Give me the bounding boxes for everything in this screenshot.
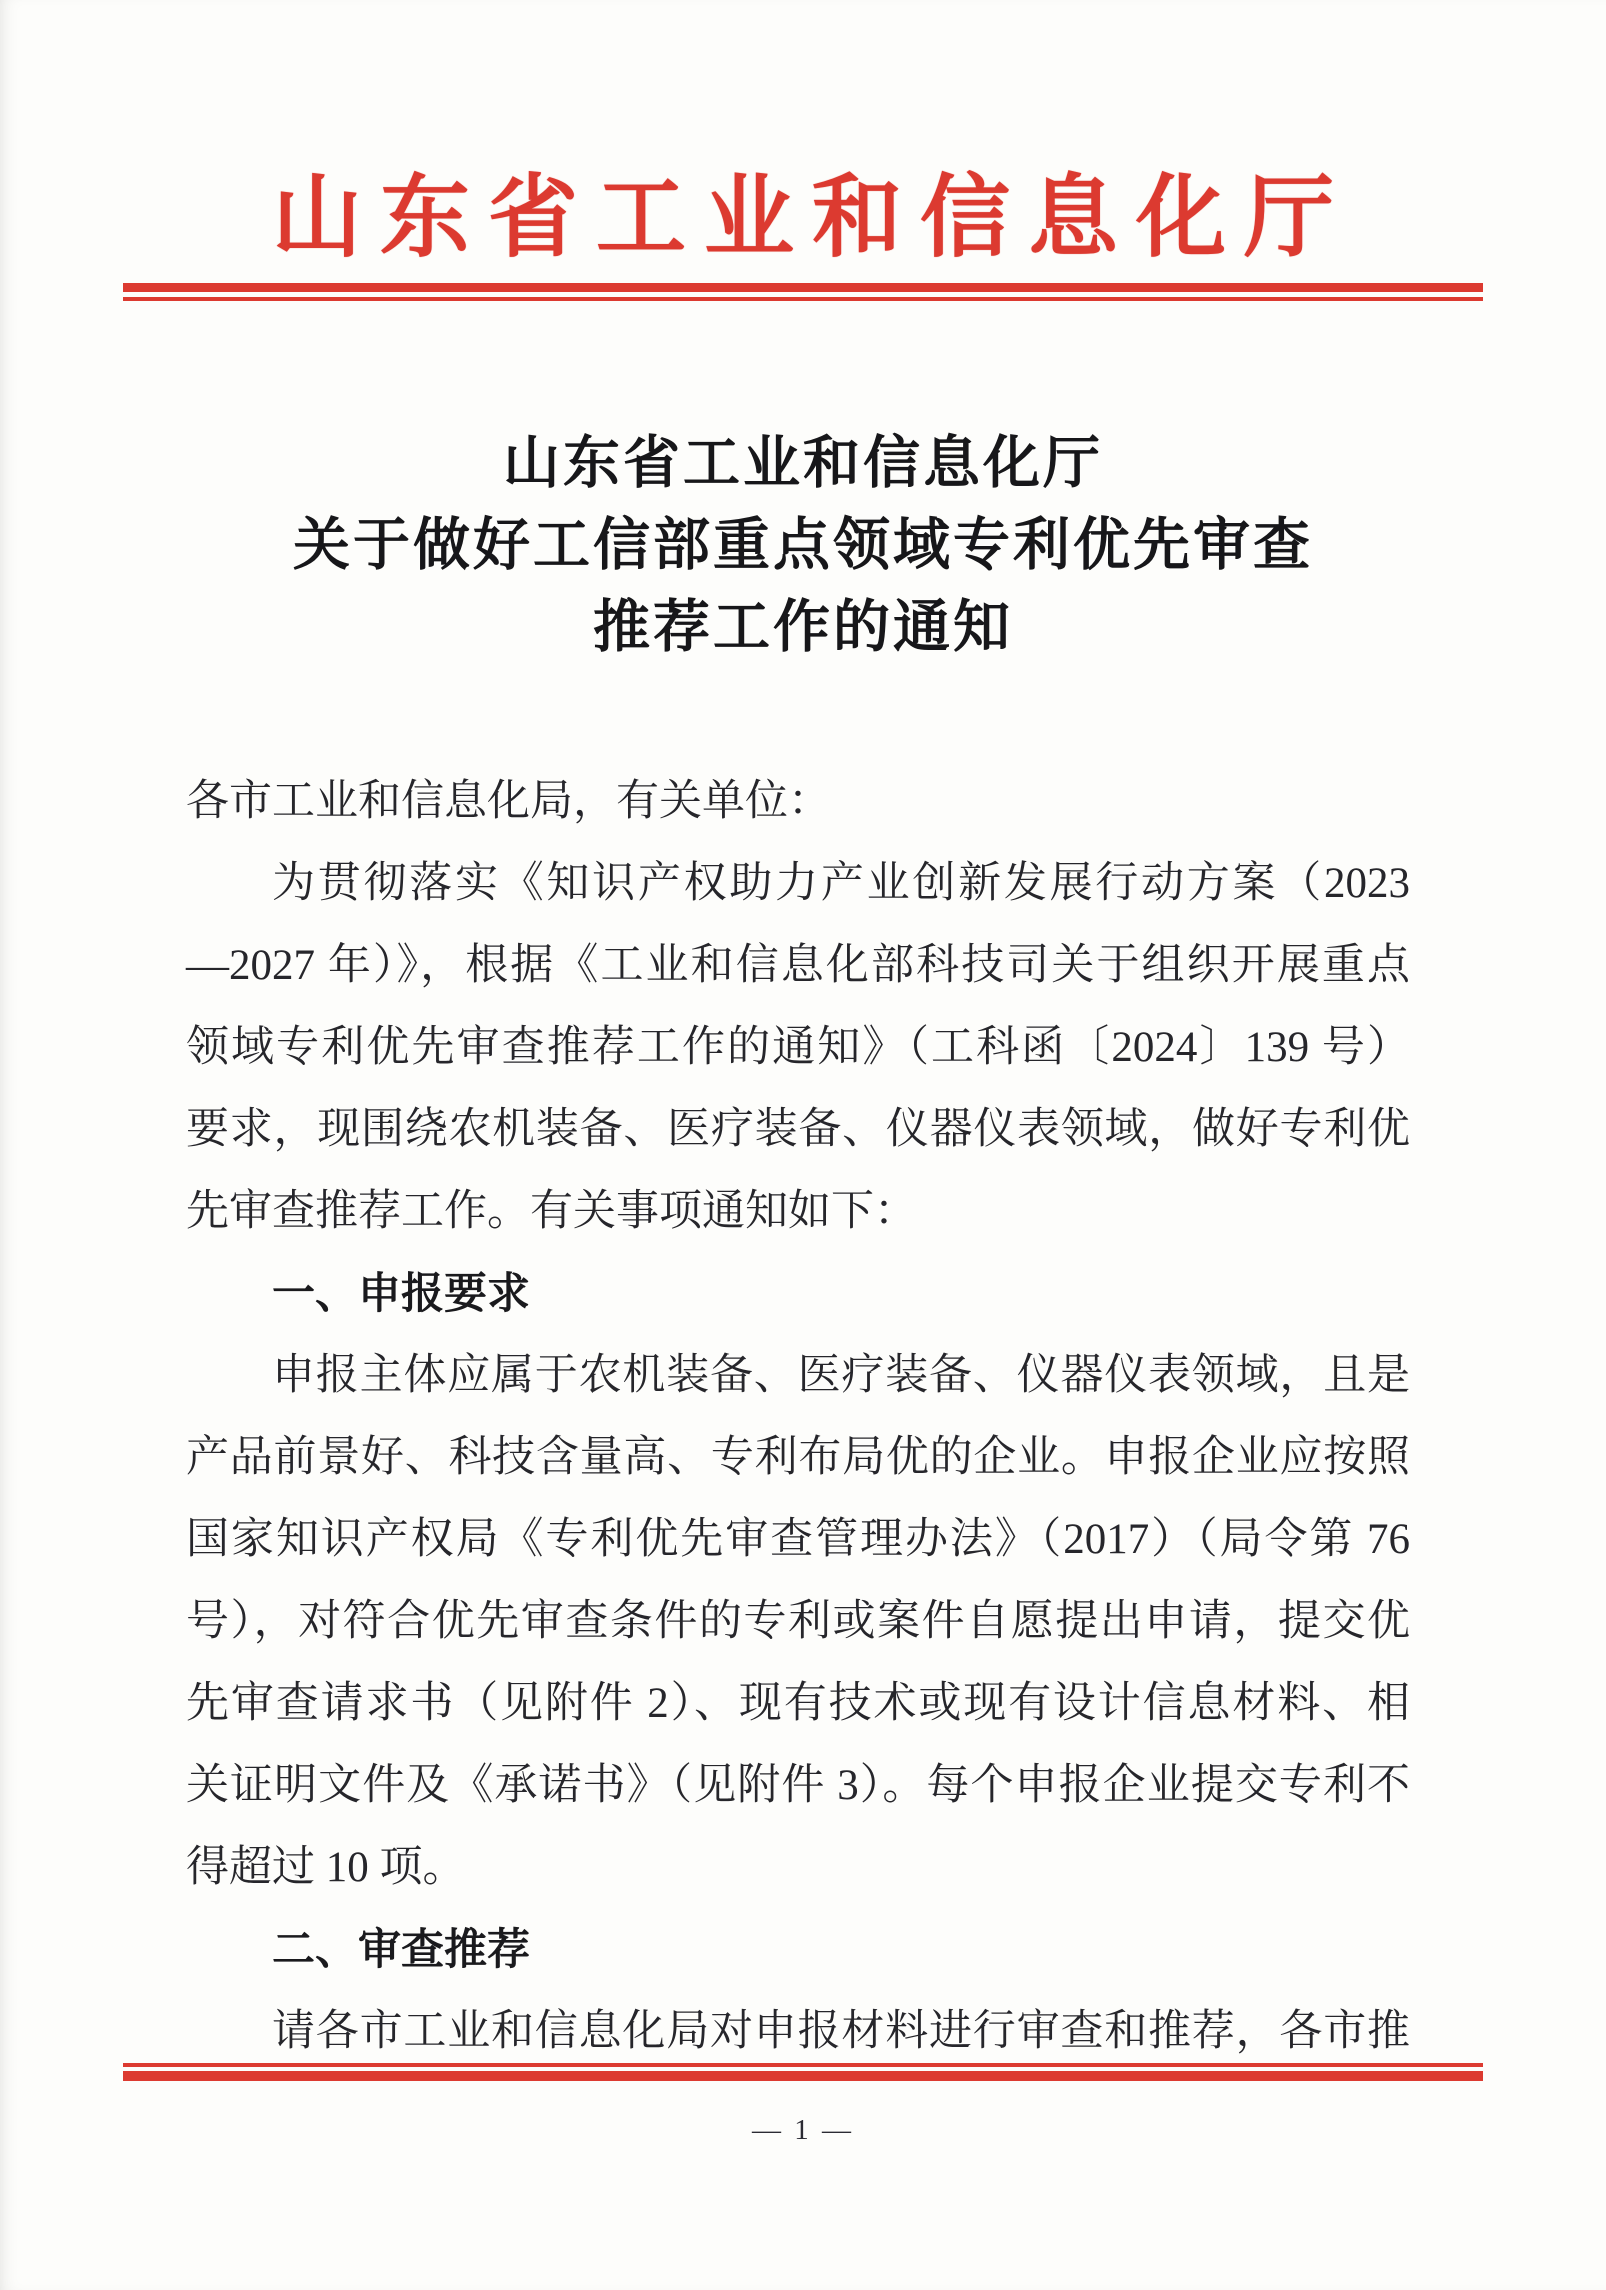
section-heading-2: 二、审查推荐 (186, 1909, 1410, 1991)
body-line: 申报主体应属于农机装备、医疗装备、仪器仪表领域，且是 (186, 1335, 1410, 1417)
body-line: 请各市工业和信息化局对申报材料进行审查和推荐，各市推 (186, 1991, 1410, 2073)
document-title-line-3: 推荐工作的通知 (0, 587, 1606, 669)
document-page: 山东省工业和信息化厅 山东省工业和信息化厅 关于做好工信部重点领域专利优先审查 … (0, 0, 1606, 2290)
salutation-line: 各市工业和信息化局，有关单位： (186, 761, 1410, 843)
body-line: 关证明文件及《承诺书》（见附件 3）。每个申报企业提交专利不 (186, 1745, 1410, 1827)
section-heading-1: 一、申报要求 (186, 1253, 1410, 1335)
body-line: 领域专利优先审查推荐工作的通知》（工科函〔2024〕139 号） (186, 1007, 1410, 1089)
body-line: 国家知识产权局《专利优先审查管理办法》（2017）（局令第 76 (186, 1499, 1410, 1581)
document-title-line-2: 关于做好工信部重点领域专利优先审查 (0, 505, 1606, 587)
body-line: 号），对符合优先审查条件的专利或案件自愿提出申请，提交优 (186, 1581, 1410, 1663)
letterhead-rule-thick (123, 283, 1483, 292)
body-line: —2027 年）》，根据《工业和信息化部科技司关于组织开展重点 (186, 925, 1410, 1007)
body-line: 产品前景好、科技含量高、专利布局优的企业。申报企业应按照 (186, 1417, 1410, 1499)
body-line: 得超过 10 项。 (186, 1827, 1410, 1909)
page-number: — 1 — (0, 2113, 1606, 2147)
document-title: 山东省工业和信息化厅 关于做好工信部重点领域专利优先审查 推荐工作的通知 (0, 423, 1606, 669)
body-line: 先审查推荐工作。有关事项通知如下： (186, 1171, 1410, 1253)
body-line: 要求，现围绕农机装备、医疗装备、仪器仪表领域，做好专利优 (186, 1089, 1410, 1171)
footer-rule-thick (123, 2071, 1483, 2081)
letterhead-agency-name: 山东省工业和信息化厅 (0, 171, 1606, 267)
document-title-line-1: 山东省工业和信息化厅 (0, 423, 1606, 505)
body-line: 为贯彻落实《知识产权助力产业创新发展行动方案（2023 (186, 843, 1410, 925)
document-body: 各市工业和信息化局，有关单位： 为贯彻落实《知识产权助力产业创新发展行动方案（2… (186, 761, 1410, 2073)
body-line: 先审查请求书（见附件 2）、现有技术或现有设计信息材料、相 (186, 1663, 1410, 1745)
letterhead-rule-thin (123, 297, 1483, 301)
footer-rule-thin (123, 2063, 1483, 2067)
